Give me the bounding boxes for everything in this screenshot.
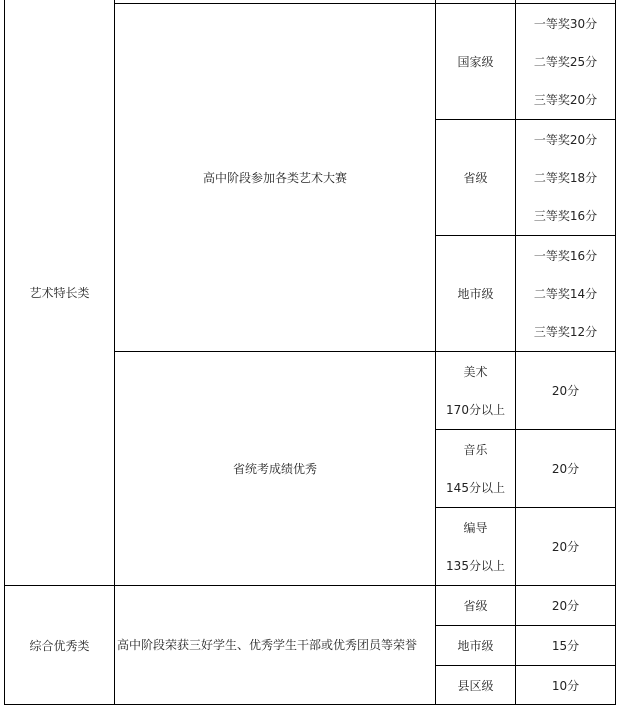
level-cell-national: 国家级 [436, 4, 515, 119]
category-cell-art: 艺术特长类 [5, 0, 114, 585]
level-cell-honors-municipal: 地市级 [436, 626, 515, 665]
subject-label: 美术 [463, 353, 487, 391]
award-first: 一等奖16分 [534, 237, 597, 275]
item-title: 高中阶段荣获三好学生、优秀学生干部或优秀团员等荣誉 [117, 632, 417, 658]
award-second: 二等奖14分 [534, 275, 597, 313]
category-cell-comprehensive: 综合优秀类 [5, 586, 114, 704]
level-label: 省级 [463, 169, 487, 186]
award-first: 一等奖30分 [534, 5, 597, 43]
category-label: 艺术特长类 [29, 284, 89, 301]
item-cell-honors: 高中阶段荣获三好学生、优秀学生干部或优秀团员等荣誉 [115, 586, 435, 704]
item-title: 高中阶段参加各类艺术大赛 [203, 169, 347, 186]
score-value: 20分 [552, 538, 579, 555]
table-border-right [615, 0, 616, 705]
item-cell-art-competition: 高中阶段参加各类艺术大赛 [115, 4, 435, 351]
score-cell-honors-provincial: 20分 [516, 586, 615, 625]
level-cell-municipal: 地市级 [436, 236, 515, 351]
level-label: 地市级 [457, 285, 493, 302]
awards-cell-provincial: 一等奖20分 二等奖18分 三等奖16分 [516, 120, 615, 235]
score-value: 15分 [552, 637, 579, 654]
subject-cell-fine-arts: 美术 170分以上 [436, 352, 515, 429]
level-cell-honors-provincial: 省级 [436, 586, 515, 625]
award-second: 二等奖25分 [534, 43, 597, 81]
level-label: 县区级 [457, 677, 493, 694]
awards-cell-national: 一等奖30分 二等奖25分 三等奖20分 [516, 4, 615, 119]
item-cell-provincial-exam: 省统考成绩优秀 [115, 352, 435, 585]
threshold-label: 170分以上 [446, 391, 505, 429]
score-value: 20分 [552, 597, 579, 614]
subject-cell-music: 音乐 145分以上 [436, 430, 515, 507]
level-label: 地市级 [457, 637, 493, 654]
award-third: 三等奖16分 [534, 197, 597, 235]
subject-label: 编导 [463, 509, 487, 547]
level-cell-provincial: 省级 [436, 120, 515, 235]
score-value: 20分 [552, 460, 579, 477]
level-cell-honors-county: 县区级 [436, 666, 515, 704]
threshold-label: 145分以上 [446, 469, 505, 507]
subject-label: 音乐 [463, 431, 487, 469]
score-cell-music: 20分 [516, 430, 615, 507]
score-value: 10分 [552, 677, 579, 694]
awards-cell-municipal: 一等奖16分 二等奖14分 三等奖12分 [516, 236, 615, 351]
category-label: 综合优秀类 [29, 637, 89, 654]
score-cell-directing: 20分 [516, 508, 615, 585]
level-label: 省级 [463, 597, 487, 614]
level-label: 国家级 [457, 53, 493, 70]
table-border-bottom [4, 704, 616, 705]
award-third: 三等奖20分 [534, 81, 597, 119]
award-first: 一等奖20分 [534, 121, 597, 159]
award-second: 二等奖18分 [534, 159, 597, 197]
award-third: 三等奖12分 [534, 313, 597, 351]
threshold-label: 135分以上 [446, 547, 505, 585]
score-cell-fine-arts: 20分 [516, 352, 615, 429]
score-value: 20分 [552, 382, 579, 399]
subject-cell-directing: 编导 135分以上 [436, 508, 515, 585]
score-cell-honors-county: 10分 [516, 666, 615, 704]
item-title: 省统考成绩优秀 [233, 460, 317, 477]
score-cell-honors-municipal: 15分 [516, 626, 615, 665]
